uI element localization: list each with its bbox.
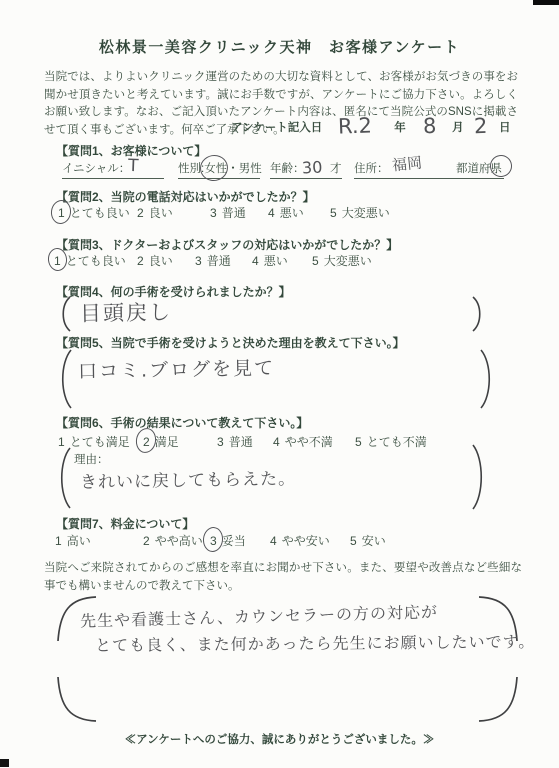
q6-option-3: 3普通 <box>217 433 253 450</box>
gender-field: 性別:女性・男性 <box>178 157 260 179</box>
handwritten-day: 2 <box>473 116 487 137</box>
survey-page: 松林景一美容クリニック天神 お客様アンケート 当院では、よりよいクリニック運営の… <box>0 0 559 768</box>
month-unit: 月 <box>452 119 464 137</box>
scan-artifact-top-right <box>533 0 559 5</box>
q6-reason-bracket-left <box>55 447 73 509</box>
q3-option-3: 3普通 <box>195 252 231 269</box>
handwritten-age: 30 <box>302 157 323 177</box>
handwritten-initial: T <box>128 156 139 176</box>
handwritten-year: R.2 <box>338 115 373 137</box>
comment-prompt: 当院へご来院されてからのご感想を率直にお聞かせ下さい。また、要望や改善点など些細… <box>44 560 522 595</box>
q7-option-2: 2やや高い <box>143 532 203 549</box>
handwritten-q4-answer: 目頭戻し <box>80 296 173 328</box>
q7-options-row: 1高い 2やや高い 3妥当 4やや安い 5安い <box>0 532 559 548</box>
initial-label: イニシャル： <box>62 160 130 176</box>
q6-option-4: 4やや不満 <box>273 433 333 450</box>
handwritten-comment-line1: 先生や看護士さん、カウンセラーの方の対応が <box>80 599 438 631</box>
year-unit: 年 <box>394 119 406 137</box>
q6-option-2: 2満足 <box>143 433 179 450</box>
age-field: 年齢： 30 才 <box>270 157 342 179</box>
age-label: 年齢： <box>270 160 305 176</box>
comment-box-corner-bottom-right <box>478 676 520 724</box>
address-label: 住所： <box>354 160 389 176</box>
q6-heading: 【質問6、手術の結果について教えて下さい。】 <box>56 414 308 431</box>
q6-reason-bracket-right <box>470 444 488 510</box>
q7-heading: 【質問7、料金について】 <box>56 515 194 532</box>
q3-option-5: 5大変悪い <box>312 252 372 269</box>
handwritten-q6-reason: きれいに戻してもらえた。 <box>80 464 296 493</box>
address-field: 住所： 福岡 都道府県 <box>354 157 504 179</box>
handwritten-month: 8 <box>422 116 436 137</box>
q2-options-row: 1とても良い 2良い 3普通 4悪い 5大変悪い <box>0 204 559 220</box>
comment-box-corner-bottom-left <box>55 676 97 724</box>
q2-option-5: 5大変悪い <box>330 204 390 221</box>
footer-thanks: ≪アンケートへのご協力、誠にありがとうございました。≫ <box>0 731 559 747</box>
date-label: アンケート記入日 <box>231 119 322 137</box>
q1-fields-row: イニシャル： T 性別:女性・男性 年齢： 30 才 住所： 福岡 都道府県 <box>62 157 522 179</box>
q7-option-3: 3妥当 <box>210 532 246 549</box>
q3-option-2: 2良い <box>137 252 173 269</box>
survey-date-line: アンケート記入日 R.2 年 8 月 2 日 <box>231 116 510 137</box>
q3-option-4: 4悪い <box>252 252 288 269</box>
q2-heading: 【質問2、当院の電話対応はいかがでしたか？】 <box>56 188 315 205</box>
q7-option-4: 4やや安い <box>270 532 330 549</box>
q3-options-row: 1とても良い 2良い 3普通 4悪い 5大変悪い <box>0 252 559 268</box>
q2-option-3: 3普通 <box>210 204 246 221</box>
q6-reason-label: 理由： <box>74 451 109 467</box>
q4-answer-bracket-right <box>470 296 486 332</box>
handwritten-comment-line2: とても良く、また何かあったら先生にお願いしたいです。 <box>95 629 535 656</box>
q2-option-1: 1とても良い <box>58 204 130 221</box>
page-title: 松林景一美容クリニック天神 お客様アンケート <box>0 36 559 57</box>
scan-artifact-bottom-left <box>0 759 9 767</box>
handwritten-circle-gender <box>198 153 230 183</box>
q2-option-2: 2良い <box>137 204 173 221</box>
handwritten-q5-answer: 口コミ.ブログを見て <box>78 353 275 383</box>
initial-field: イニシャル： T <box>62 157 164 179</box>
q6-option-5: 5とても不満 <box>355 433 427 450</box>
q7-option-1: 1高い <box>55 532 91 549</box>
q7-option-5: 5安い <box>350 532 386 549</box>
q2-option-4: 4悪い <box>268 204 304 221</box>
q4-answer-bracket-left <box>57 296 73 332</box>
day-unit: 日 <box>499 119 511 137</box>
q5-answer-bracket-left <box>56 349 74 409</box>
handwritten-circle-q7 <box>202 526 225 553</box>
q3-option-1: 1とても良い <box>54 252 126 269</box>
q5-heading: 【質問5、当院で手術を受けようと決めた理由を教えて下さい。】 <box>56 334 405 351</box>
handwritten-address: 福岡 <box>391 151 423 175</box>
q3-heading: 【質問3、ドクターおよびスタッフの対応はいかがでしたか？】 <box>56 236 398 253</box>
age-unit: 才 <box>330 160 342 176</box>
q5-answer-bracket-right <box>478 349 496 409</box>
